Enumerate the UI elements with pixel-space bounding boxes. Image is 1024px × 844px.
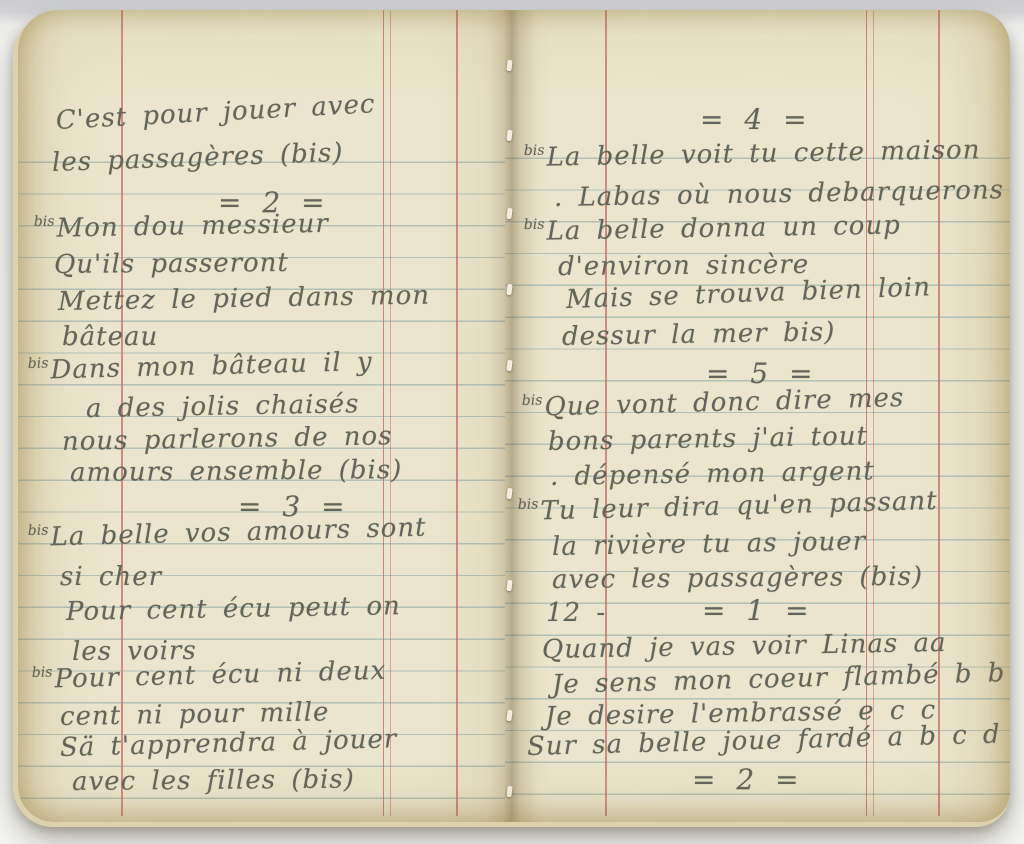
- handwriting-line: bisQue vont donc dire mes: [522, 383, 905, 424]
- handwriting-line: avec les passagères (bis): [552, 562, 923, 596]
- handwriting-layer-right: = 4 =bisLa belle voit tu cette maison. L…: [18, 10, 1010, 822]
- handwriting-line: . dépensé mon argent: [550, 456, 875, 493]
- handwriting-line: . Labas où nous debarquerons: [554, 175, 1004, 214]
- handwriting-line: bisLa belle voit tu cette maison: [524, 135, 981, 174]
- handwriting-line: = 2 =: [692, 763, 802, 797]
- handwriting-line: 12 -: [546, 598, 606, 629]
- bis-marker: bis: [524, 217, 545, 233]
- handwriting-line: bons parents j'ai tout: [548, 421, 868, 458]
- bis-marker: bis: [524, 143, 545, 159]
- handwriting-line: la rivière tu as jouer: [552, 527, 867, 564]
- handwriting-line: = 1 =: [702, 594, 812, 628]
- handwriting-line: dessur la mer bis): [562, 317, 836, 353]
- handwriting-line: = 4 =: [700, 103, 810, 137]
- notebook-spread: C'est pour jouer avecles passagères (bis…: [18, 10, 1010, 822]
- bis-marker: bis: [522, 392, 543, 409]
- bis-marker: bis: [518, 496, 539, 513]
- handwriting-line: bisLa belle donna un coup: [524, 210, 901, 248]
